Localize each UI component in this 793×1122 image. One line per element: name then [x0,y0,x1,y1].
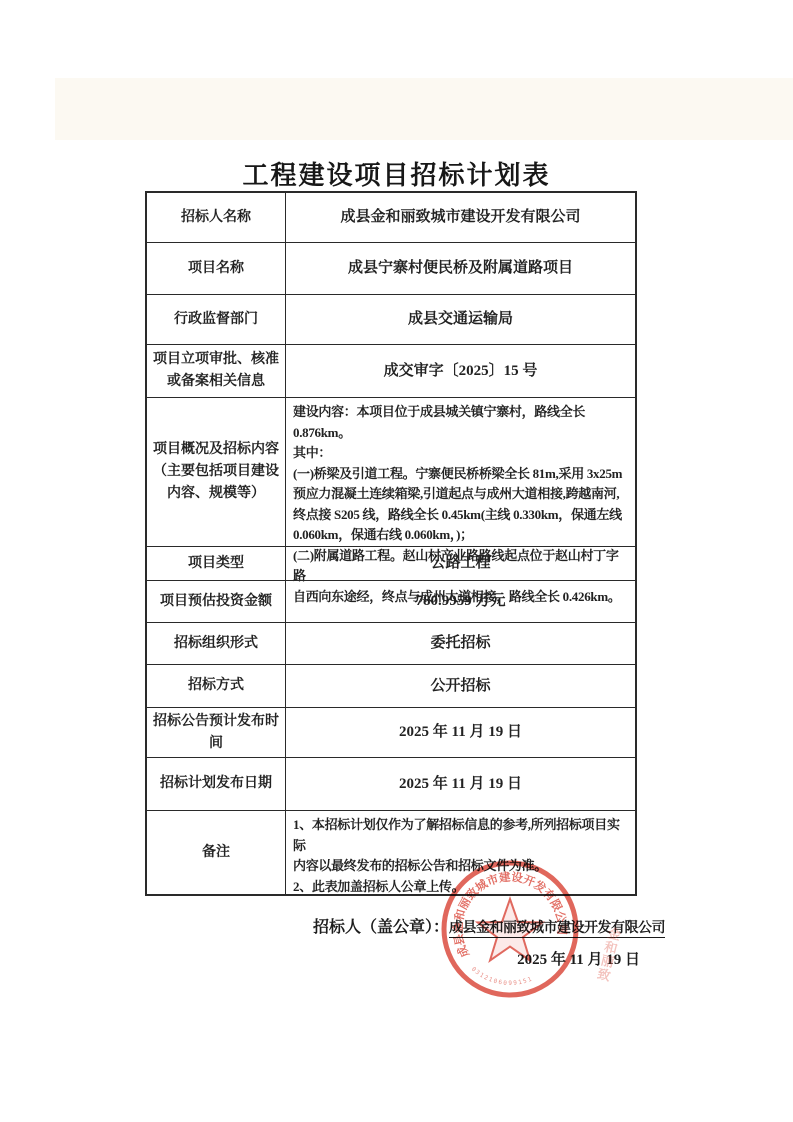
signer-label: 招标人（盖公章）： [313,919,449,936]
table-row: 项目概况及招标内容（主要包括项目建设内容、规模等）建设内容：本项目位于成县城关镇… [147,397,635,546]
signature-line: 招标人（盖公章）：成县金和丽致城市建设开发有限公司 [313,914,665,937]
row-value: 成县宁寨村便民桥及附属道路项目 [285,243,635,294]
row-value: 公开招标 [285,665,635,707]
row-label: 备注 [147,811,285,894]
signer-company-name: 成县金和丽致城市建设开发有限公司 [449,921,665,938]
table-row: 备注1、本招标计划仅作为了解招标信息的参考,所列招标项目实际 内容以最终发布的招… [147,810,635,894]
table-row: 项目预估投资金额780.9959 万元 [147,580,635,622]
row-label: 项目名称 [147,243,285,294]
row-label: 项目预估投资金额 [147,581,285,622]
table-row: 招标人名称成县金和丽致城市建设开发有限公司 [147,193,635,242]
row-label: 招标计划发布日期 [147,758,285,810]
table-row: 项目类型公路工程 [147,546,635,580]
row-label: 项目概况及招标内容（主要包括项目建设内容、规模等） [147,398,285,546]
row-label: 招标公告预计发布时间 [147,708,285,757]
row-value: 公路工程 [285,547,635,580]
row-label: 行政监督部门 [147,295,285,344]
table-row: 项目名称成县宁寨村便民桥及附属道路项目 [147,242,635,294]
signature-date: 2025 年 11 月 19 日 [480,948,640,969]
document-page: 工程建设项目招标计划表 招标人名称成县金和丽致城市建设开发有限公司项目名称成县宁… [0,0,793,1122]
row-value: 成县金和丽致城市建设开发有限公司 [285,193,635,242]
table-row: 项目立项审批、核准或备案相关信息成交审字〔2025〕15 号 [147,344,635,397]
row-value: 2025 年 11 月 19 日 [285,758,635,810]
table-row: 招标方式公开招标 [147,664,635,707]
row-value: 成县交通运输局 [285,295,635,344]
row-value: 委托招标 [285,623,635,664]
table-row: 招标公告预计发布时间2025 年 11 月 19 日 [147,707,635,757]
tender-plan-table: 招标人名称成县金和丽致城市建设开发有限公司项目名称成县宁寨村便民桥及附属道路项目… [145,191,637,896]
table-row: 行政监督部门成县交通运输局 [147,294,635,344]
row-label: 招标组织形式 [147,623,285,664]
page-title: 工程建设项目招标计划表 [0,155,793,192]
row-value: 2025 年 11 月 19 日 [285,708,635,757]
table-row: 招标计划发布日期2025 年 11 月 19 日 [147,757,635,810]
table-row: 招标组织形式委托招标 [147,622,635,664]
scan-artifact-band [55,78,793,140]
row-value: 1、本招标计划仅作为了解招标信息的参考,所列招标项目实际 内容以最终发布的招标公… [285,811,635,894]
row-label: 招标方式 [147,665,285,707]
row-label: 招标人名称 [147,193,285,242]
row-value: 成交审字〔2025〕15 号 [285,345,635,397]
row-value: 建设内容：本项目位于成县城关镇宁寨村，路线全长 0.876km。 其中： (一)… [285,398,635,546]
row-value: 780.9959 万元 [285,581,635,622]
row-label: 项目立项审批、核准或备案相关信息 [147,345,285,397]
row-label: 项目类型 [147,547,285,580]
